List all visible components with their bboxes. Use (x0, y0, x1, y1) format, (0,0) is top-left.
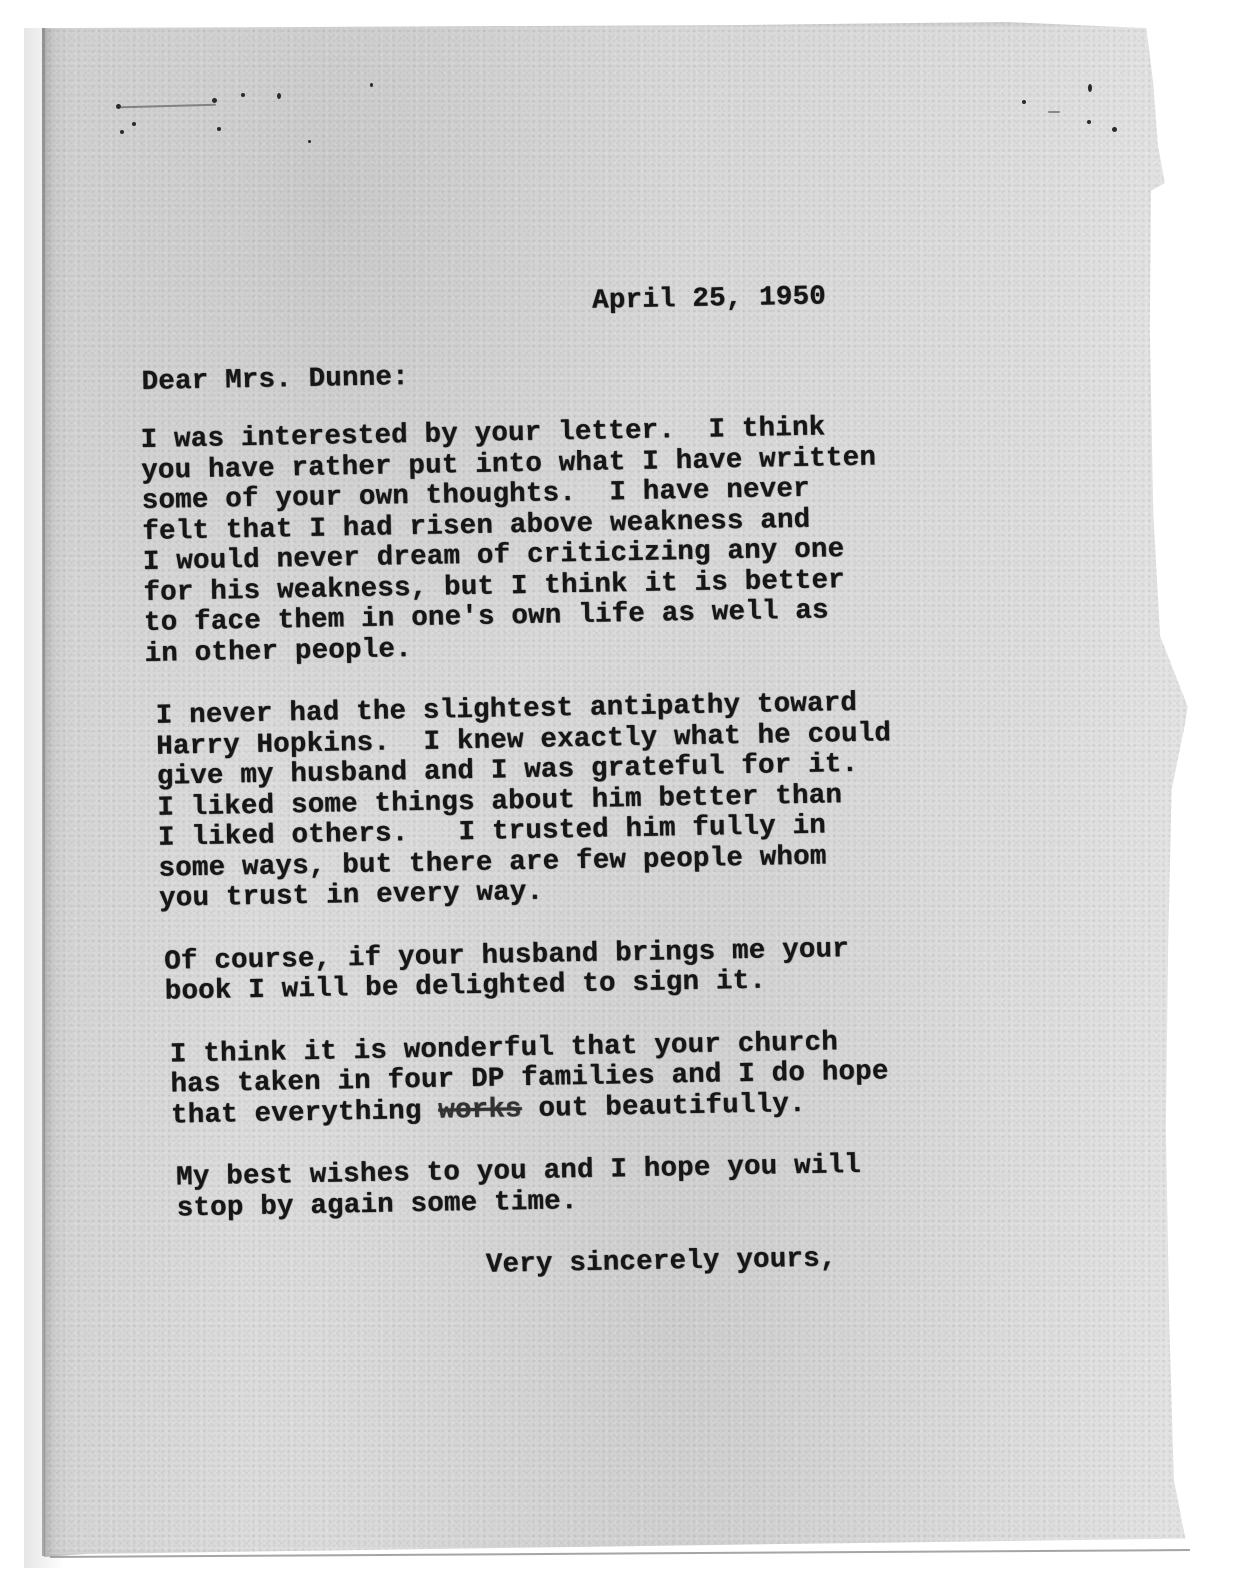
paragraph-2: I never had the slightest antipathy towa… (155, 685, 1049, 915)
letter-date: April 25, 1950 (592, 279, 1038, 318)
text-segment: out beautifully. (521, 1088, 805, 1124)
paragraph-1: I was interested by your letter. I think… (140, 409, 1044, 669)
letter-salutation: Dear Mrs. Dunne: (141, 351, 1039, 398)
paragraph-5: My best wishes to you and I hope you wil… (176, 1147, 1055, 1224)
scanned-letter-page: April 25, 1950 Dear Mrs. Dunne: I was in… (0, 0, 1242, 1583)
paragraph-3: Of course, if your husband brings me you… (164, 931, 1051, 1008)
text-segment: that everything (171, 1095, 439, 1131)
letter-body: April 25, 1950 Dear Mrs. Dunne: I was in… (138, 279, 1056, 1288)
paragraph-4: I think it is wonderful that your church… (170, 1024, 1054, 1132)
paper-left-edge (42, 28, 45, 1556)
struck-over-word: works (438, 1094, 522, 1127)
